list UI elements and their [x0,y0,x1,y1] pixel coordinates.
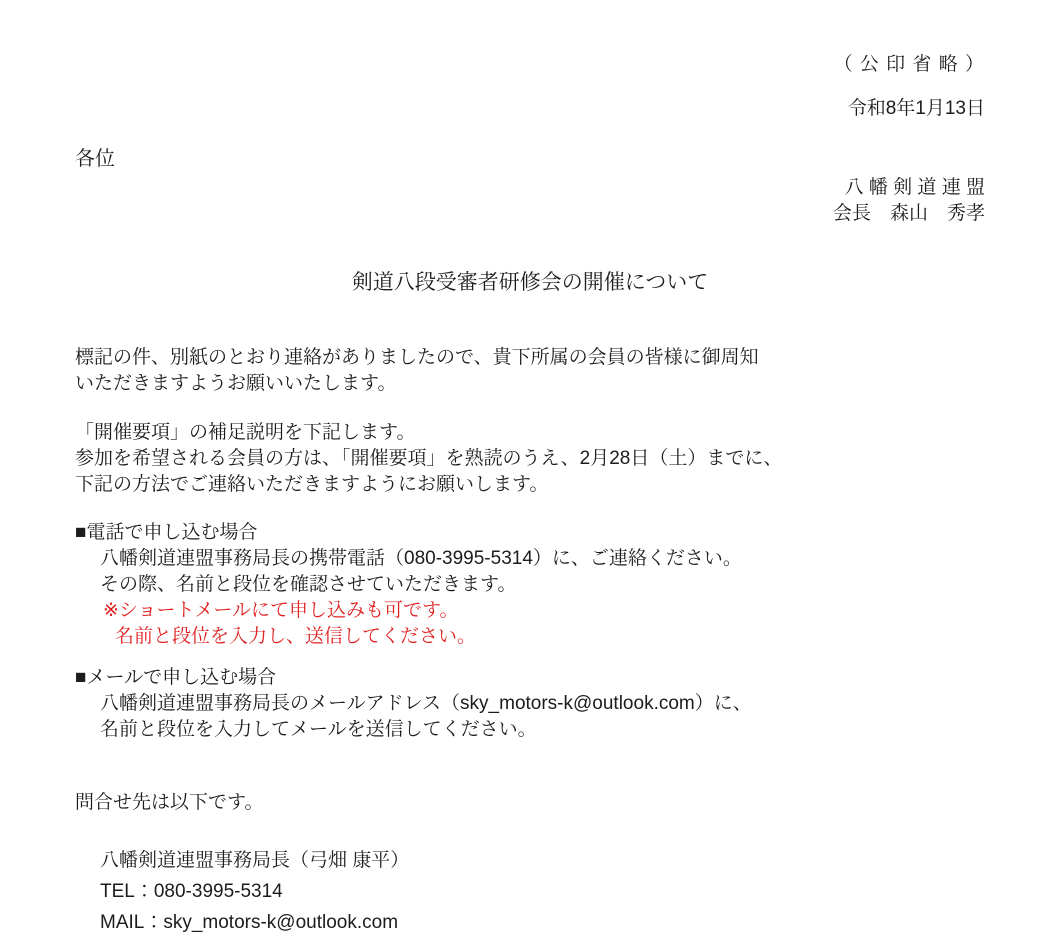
recipient-line: 各位 [75,146,985,173]
contact-person-line: 八幡剣道連盟事務局長（弓畑 康平） [100,845,985,876]
document-page: （ 公 印 省 略 ） 令和8年1月13日 各位 八 幡 剣 道 連 盟 会長 … [0,0,1041,933]
phone-section-body-line: その際、名前と段位を確認させていただきます。 [75,572,985,598]
notice-line: いただきますようお願いいたします。 [75,371,985,397]
contact-tel-line: TEL：080-3995-5314 [100,876,985,907]
supplement-line: 参加を希望される会員の方は、「開催要項」を熟読のうえ、2月28日（土）までに、 [75,446,985,472]
sender-block: 八 幡 剣 道 連 盟 会長 森山 秀孝 [75,175,985,227]
mail-section-body-line: 名前と段位を入力してメールを送信してください。 [75,717,985,743]
supplement-line: 下記の方法でご連絡いただきますようにお願いします。 [75,472,985,498]
notice-paragraph: 標記の件、別紙のとおり連絡がありましたので、貴下所属の会員の皆様に御周知 いただ… [75,345,985,397]
seal-omitted-note: （ 公 印 省 略 ） [75,52,985,78]
phone-application-section: ■電話で申し込む場合 八幡剣道連盟事務局長の携帯電話（080-3995-5314… [75,520,985,650]
sms-note-line: 名前と段位を入力し、送信してください。 [75,624,985,650]
mail-application-section: ■メールで申し込む場合 八幡剣道連盟事務局長のメールアドレス（sky_motor… [75,665,985,743]
sms-note-line: ※ショートメールにて申し込みも可です。 [75,598,985,624]
sender-president-name: 会長 森山 秀孝 [75,201,985,227]
contact-mail-line: MAIL：sky_motors-k@outlook.com [100,907,985,933]
supplement-paragraph: 「開催要項」の補足説明を下記します。 参加を希望される会員の方は、「開催要項」を… [75,420,985,498]
phone-section-heading: ■電話で申し込む場合 [75,520,985,546]
document-date: 令和8年1月13日 [75,96,985,122]
contact-block: 八幡剣道連盟事務局長（弓畑 康平） TEL：080-3995-5314 MAIL… [75,845,985,933]
sender-organization: 八 幡 剣 道 連 盟 [75,175,985,201]
mail-section-body-line: 八幡剣道連盟事務局長のメールアドレス（sky_motors-k@outlook.… [75,691,985,717]
mail-section-heading: ■メールで申し込む場合 [75,665,985,691]
inquiry-lead-line: 問合せ先は以下です。 [75,790,985,816]
notice-line: 標記の件、別紙のとおり連絡がありましたので、貴下所属の会員の皆様に御周知 [75,345,985,371]
supplement-line: 「開催要項」の補足説明を下記します。 [75,420,985,446]
phone-section-body-line: 八幡剣道連盟事務局長の携帯電話（080-3995-5314）に、ご連絡ください。 [75,546,985,572]
document-title: 剣道八段受審者研修会の開催について [75,269,985,297]
